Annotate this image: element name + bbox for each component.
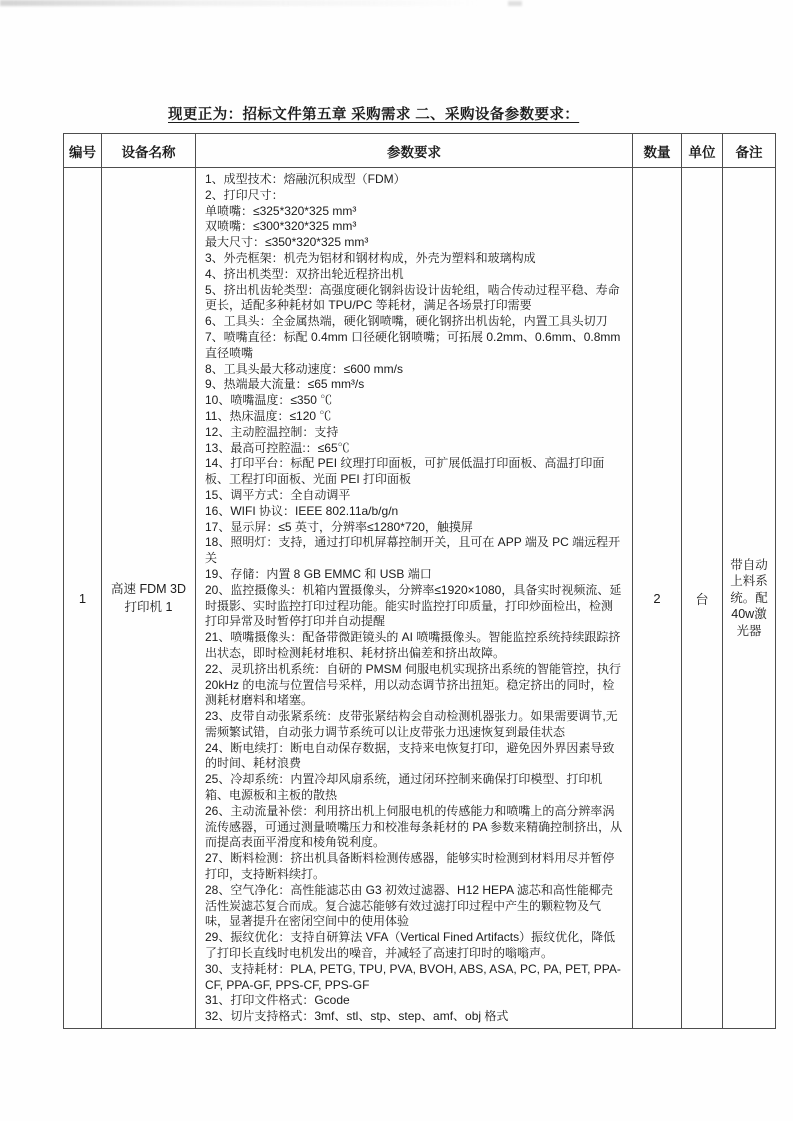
parameter-line: 13、最高可控腔温:：≤65℃ [205, 441, 624, 457]
parameter-line: 26、主动流量补偿：利用挤出机上伺服电机的传感能力和喷嘴上的高分辨率涡流传感器，… [205, 804, 624, 851]
remark-value: 带自动上料系统。配40w激光器 [723, 168, 776, 1029]
unit-value: 台 [682, 168, 723, 1029]
parameter-line: 22、灵玑挤出机系统：自研的 PMSM 伺服电机实现挤出系统的智能管控，执行 2… [205, 662, 624, 709]
parameter-line: 8、工具头最大移动速度：≤600 mm/s [205, 362, 624, 378]
parameter-line: 32、切片支持格式：3mf、stl、stp、step、amf、obj 格式 [205, 1009, 624, 1025]
parameter-line: 14、打印平台：标配 PEI 纹理打印面板，可扩展低温打印面板、高温打印面板、工… [205, 456, 624, 488]
parameter-line: 27、断料检测：挤出机具备断料检测传感器，能够实时检测到材料用尽并暂停打印，支持… [205, 851, 624, 883]
row-number: 1 [64, 168, 102, 1029]
parameter-line: 1、成型技术：熔融沉积成型（FDM） [205, 172, 624, 188]
scan-artifact-top [0, 0, 480, 6]
parameter-line: 5、挤出机齿轮类型：高强度硬化钢斜齿设计齿轮组，啮合传动过程平稳、寿命更长，适配… [205, 283, 624, 315]
parameter-line: 17、显示屏：≤5 英寸，分辨率≤1280*720，触摸屏 [205, 520, 624, 536]
table-row: 1 高速 FDM 3D 打印机 1 1、成型技术：熔融沉积成型（FDM）2、打印… [64, 168, 776, 1029]
parameter-line: 29、振纹优化：支持自研算法 VFA（Vertical Fined Artifa… [205, 930, 624, 962]
parameter-line: 双喷嘴：≤300*320*325 mm³ [205, 219, 624, 235]
parameter-line: 16、WIFI 协议：IEEE 802.11a/b/g/n [205, 504, 624, 520]
parameter-line: 最大尺寸：≤350*320*325 mm³ [205, 235, 624, 251]
parameter-line: 31、打印文件格式：Gcode [205, 993, 624, 1009]
document-page: 现更正为：招标文件第五章 采购需求 二、采购设备参数要求： 编号 设备名称 参数… [0, 0, 793, 1121]
parameter-line: 19、存储：内置 8 GB EMMC 和 USB 端口 [205, 567, 624, 583]
parameter-line: 21、喷嘴摄像头：配备带微距镜头的 AI 喷嘴摄像头。智能监控系统持续跟踪挤出状… [205, 630, 624, 662]
header-unit: 单位 [682, 134, 723, 168]
header-quantity: 数量 [633, 134, 682, 168]
header-parameters: 参数要求 [196, 134, 633, 168]
parameter-line: 单喷嘴：≤325*320*325 mm³ [205, 204, 624, 220]
scan-artifact-dot [508, 1, 522, 6]
parameter-list: 1、成型技术：熔融沉积成型（FDM）2、打印尺寸：单喷嘴：≤325*320*32… [196, 168, 633, 1029]
parameter-line: 24、断电续打：断电自动保存数据，支持来电恢复打印，避免因外界因素导致的时间、耗… [205, 741, 624, 773]
parameter-line: 7、喷嘴直径：标配 0.4mm 口径硬化钢喷嘴；可拓展 0.2mm、0.6mm、… [205, 330, 624, 362]
parameter-line: 25、冷却系统：内置冷却风扇系统，通过闭环控制来确保打印模型、打印机箱、电源板和… [205, 772, 624, 804]
parameter-line: 28、空气净化：高性能滤芯由 G3 初效过滤器、H12 HEPA 滤芯和高性能椰… [205, 883, 624, 930]
parameter-line: 3、外壳框架：机壳为铝材和钢材构成，外壳为塑料和玻璃构成 [205, 251, 624, 267]
parameter-line: 30、支持耗材：PLA, PETG, TPU, PVA, BVOH, ABS, … [205, 962, 624, 994]
spec-table: 编号 设备名称 参数要求 数量 单位 备注 1 高速 FDM 3D 打印机 1 … [63, 133, 776, 1029]
parameter-line: 10、喷嘴温度：≤350 ℃ [205, 393, 624, 409]
parameter-line: 23、皮带自动张紧系统：皮带张紧结构会自动检测机器张力。如果需要调节,无需频繁试… [205, 709, 624, 741]
parameter-line: 6、工具头：全金属热端，硬化钢喷嘴，硬化钢挤出机齿轮，内置工具头切刀 [205, 314, 624, 330]
parameter-line: 18、照明灯：支持，通过打印机屏幕控制开关，且可在 APP 端及 PC 端远程开… [205, 535, 624, 567]
header-remark: 备注 [723, 134, 776, 168]
parameter-line: 11、热床温度：≤120 ℃ [205, 409, 624, 425]
header-number: 编号 [64, 134, 102, 168]
parameter-line: 20、监控摄像头：机箱内置摄像头，分辨率≤1920×1080，具备实时视频流、延… [205, 583, 624, 630]
parameter-line: 12、主动腔温控制：支持 [205, 425, 624, 441]
quantity-value: 2 [633, 168, 682, 1029]
header-device-name: 设备名称 [102, 134, 196, 168]
parameter-line: 15、调平方式：全自动调平 [205, 488, 624, 504]
parameter-line: 9、热端最大流量：≤65 mm³/s [205, 377, 624, 393]
parameter-line: 2、打印尺寸： [205, 188, 624, 204]
table-header-row: 编号 设备名称 参数要求 数量 单位 备注 [64, 134, 776, 168]
device-name: 高速 FDM 3D 打印机 1 [102, 168, 196, 1029]
parameter-line: 4、挤出机类型：双挤出轮近程挤出机 [205, 267, 624, 283]
page-title: 现更正为：招标文件第五章 采购需求 二、采购设备参数要求： [168, 103, 579, 124]
